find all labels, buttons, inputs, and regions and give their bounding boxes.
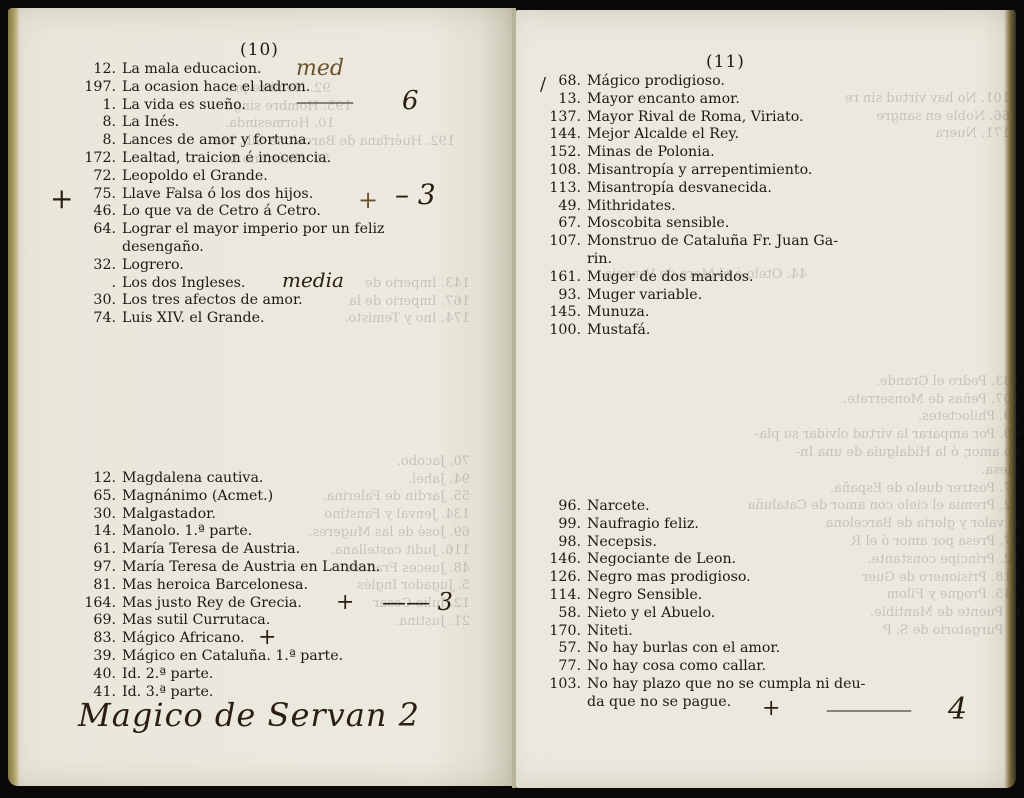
entry-title: Minas de Polonia.: [587, 144, 715, 160]
catalog-entry: 144.Mejor Alcalde el Rey.: [543, 126, 838, 144]
entry-title: María Teresa de Austria en Landan.: [122, 559, 380, 575]
catalog-entry: 30.Los tres afectos de amor.: [78, 292, 385, 310]
catalog-entry: 57.No hay burlas con el amor.: [543, 640, 865, 658]
entry-title: Luis XIV. el Grande.: [122, 310, 265, 326]
handwritten-underline: ————: [296, 92, 352, 111]
entry-title: Lealtad, traicion é inocencia.: [122, 150, 331, 166]
catalog-entry: 164.Mas justo Rey de Grecia.: [78, 595, 380, 613]
handwritten-number-6: 6: [402, 86, 419, 116]
entry-continuation: rin.: [543, 251, 838, 269]
entry-title: Niteti.: [587, 623, 633, 639]
catalog-entry: 64.Lograr el mayor imperio por un feliz: [78, 221, 385, 239]
entry-title: Negro mas prodigioso.: [587, 569, 751, 585]
catalog-entry: 81.Mas heroica Barcelonesa.: [78, 577, 380, 595]
catalog-entry: 103.No hay plazo que no se cumpla ni deu…: [543, 676, 865, 694]
entry-title: Misantropía desvanecida.: [587, 180, 772, 196]
catalog-entry: 126.Negro mas prodigioso.: [543, 569, 865, 587]
catalog-entry: 58.Nieto y el Abuelo.: [543, 605, 865, 623]
catalog-entry: 137.Mayor Rival de Roma, Viriato.: [543, 109, 838, 127]
catalog-entry: 83.Mágico Africano.: [78, 630, 380, 648]
entry-title: Los tres afectos de amor.: [122, 292, 303, 308]
catalog-entry: 96.Narcete.: [543, 498, 865, 516]
entry-title: Los dos Ingleses.: [122, 275, 245, 291]
catalog-entry: 108.Misantropía y arrepentimiento.: [543, 162, 838, 180]
entry-title: Mas heroica Barcelonesa.: [122, 577, 308, 593]
entry-title: Necepsis.: [587, 534, 657, 550]
entry-title: Magdalena cautiva.: [122, 470, 263, 486]
catalog-entry: 107.Monstruo de Cataluña Fr. Juan Ga-: [543, 233, 838, 251]
handwritten-cross: +: [336, 590, 354, 615]
entry-title: Mejor Alcalde el Rey.: [587, 126, 739, 142]
catalog-entry: 113.Misantropía desvanecida.: [543, 180, 838, 198]
entry-title: Leopoldo el Grande.: [122, 168, 268, 184]
catalog-list-m: 12.Magdalena cautiva. 65.Magnánimo (Acme…: [78, 470, 380, 701]
handwritten-cross: +: [762, 696, 780, 721]
catalog-entry: 114.Negro Sensible.: [543, 587, 865, 605]
handwritten-cross: +: [358, 186, 378, 214]
entry-title: La Inés.: [122, 114, 179, 130]
catalog-entry: 100.Mustafá.: [543, 322, 838, 340]
catalog-entry: 72.Leopoldo el Grande.: [78, 168, 385, 186]
catalog-entry: 93.Muger variable.: [543, 287, 838, 305]
entry-title: Moscobita sensible.: [587, 215, 729, 231]
catalog-entry: 152.Minas de Polonia.: [543, 144, 838, 162]
entry-title: Manolo. 1.ª parte.: [122, 523, 252, 539]
catalog-list-m-continued: 68.Mágico prodigioso. 13.Mayor encanto a…: [543, 73, 838, 340]
entry-title: Mágico prodigioso.: [587, 73, 725, 89]
entry-continuation: da que no se pague.: [543, 694, 865, 712]
entry-title: Monstruo de Cataluña Fr. Juan Ga-: [587, 233, 838, 249]
catalog-entry: 97.María Teresa de Austria en Landan.: [78, 559, 380, 577]
catalog-entry: 30.Malgastador.: [78, 506, 380, 524]
entry-title: Llave Falsa ó los dos hijos.: [122, 186, 313, 202]
catalog-entry: 98.Necepsis.: [543, 534, 865, 552]
catalog-entry: 8.Lances de amor y fortuna.: [78, 132, 385, 150]
entry-title: La mala educacion.: [122, 61, 262, 77]
catalog-entry: 49.Mithridates.: [543, 198, 838, 216]
entry-title: Mas justo Rey de Grecia.: [122, 595, 302, 611]
left-page-number: (10): [240, 40, 279, 60]
entry-title: Mayor Rival de Roma, Viriato.: [587, 109, 804, 125]
catalog-entry: 8.La Inés.: [78, 114, 385, 132]
catalog-entry: 61.María Teresa de Austria.: [78, 541, 380, 559]
entry-title: Mas sutil Currutaca.: [122, 612, 270, 628]
catalog-entry: 77.No hay cosa como callar.: [543, 658, 865, 676]
entry-title: Muger variable.: [587, 287, 702, 303]
catalog-entry: 74.Luis XIV. el Grande.: [78, 310, 385, 328]
catalog-entry: 12.Magdalena cautiva.: [78, 470, 380, 488]
catalog-entry: 67.Moscobita sensible.: [543, 215, 838, 233]
catalog-entry: 39.Mágico en Cataluña. 1.ª parte.: [78, 648, 380, 666]
handwritten-line: ——————: [826, 700, 910, 719]
catalog-entry: 172.Lealtad, traicion é inocencia.: [78, 150, 385, 168]
entry-title: Logrero.: [122, 257, 184, 273]
catalog-entry: 99.Naufragio feliz.: [543, 516, 865, 534]
catalog-entry: 170.Niteti.: [543, 623, 865, 641]
entry-title: Mayor encanto amor.: [587, 91, 740, 107]
handwritten-note-media: media: [282, 268, 344, 292]
handwritten-note-med: med: [296, 56, 344, 81]
catalog-entry: 40.Id. 2.ª parte.: [78, 666, 380, 684]
handwritten-footer-note: Magico de Servan 2: [78, 696, 420, 734]
catalog-list-n: 96.Narcete. 99.Naufragio feliz. 98.Necep…: [543, 498, 865, 712]
catalog-entry: 13.Mayor encanto amor.: [543, 91, 838, 109]
entry-title: Lograr el mayor imperio por un feliz: [122, 221, 385, 237]
entry-title: Mustafá.: [587, 322, 650, 338]
entry-title: Mágico Africano.: [122, 630, 245, 646]
entry-title: Nieto y el Abuelo.: [587, 605, 715, 621]
entry-title: Misantropía y arrepentimiento.: [587, 162, 812, 178]
catalog-entry: 161.Muger de dos maridos.: [543, 269, 838, 287]
entry-title: Munuza.: [587, 304, 649, 320]
entry-title: No hay burlas con el amor.: [587, 640, 780, 656]
entry-title: No hay cosa como callar.: [587, 658, 766, 674]
entry-title: La ocasion hace el ladron.: [122, 79, 310, 95]
entry-title: Malgastador.: [122, 506, 216, 522]
entry-title: Mágico en Cataluña. 1.ª parte.: [122, 648, 343, 664]
catalog-entry: 65.Magnánimo (Acmet.): [78, 488, 380, 506]
entry-title: María Teresa de Austria.: [122, 541, 300, 557]
handwritten-cross-margin: +: [50, 182, 73, 215]
catalog-entry: 75.Llave Falsa ó los dos hijos.: [78, 186, 385, 204]
catalog-entry: 146.Negociante de Leon.: [543, 551, 865, 569]
entry-title: No hay plazo que no se cumpla ni deu-: [587, 676, 865, 692]
catalog-entry: 46.Lo que va de Cetro á Cetro.: [78, 203, 385, 221]
entry-title: Mithridates.: [587, 198, 676, 214]
entry-title: Negociante de Leon.: [587, 551, 736, 567]
entry-title: Id. 2.ª parte.: [122, 666, 213, 682]
entry-title: Muger de dos maridos.: [587, 269, 753, 285]
entry-title: Lances de amor y fortuna.: [122, 132, 311, 148]
handwritten-number-4: 4: [948, 692, 967, 727]
entry-title: Lo que va de Cetro á Cetro.: [122, 203, 321, 219]
catalog-entry: 145.Munuza.: [543, 304, 838, 322]
entry-title: Magnánimo (Acmet.): [122, 488, 273, 504]
handwritten-cross: +: [258, 625, 276, 650]
right-page-number: (11): [706, 52, 745, 72]
catalog-entry: 68.Mágico prodigioso.: [543, 73, 838, 91]
catalog-entry: 69.Mas sutil Currutaca.: [78, 612, 380, 630]
catalog-entry: 14.Manolo. 1.ª parte.: [78, 523, 380, 541]
entry-title: Naufragio feliz.: [587, 516, 699, 532]
handwritten-number-3: – 3: [395, 178, 436, 211]
entry-title: La vida es sueño.: [122, 97, 246, 113]
entry-continuation: desengaño.: [78, 239, 385, 257]
entry-title: Negro Sensible.: [587, 587, 702, 603]
handwritten-number-3: —— 3: [382, 588, 453, 616]
entry-title: Narcete.: [587, 498, 650, 514]
